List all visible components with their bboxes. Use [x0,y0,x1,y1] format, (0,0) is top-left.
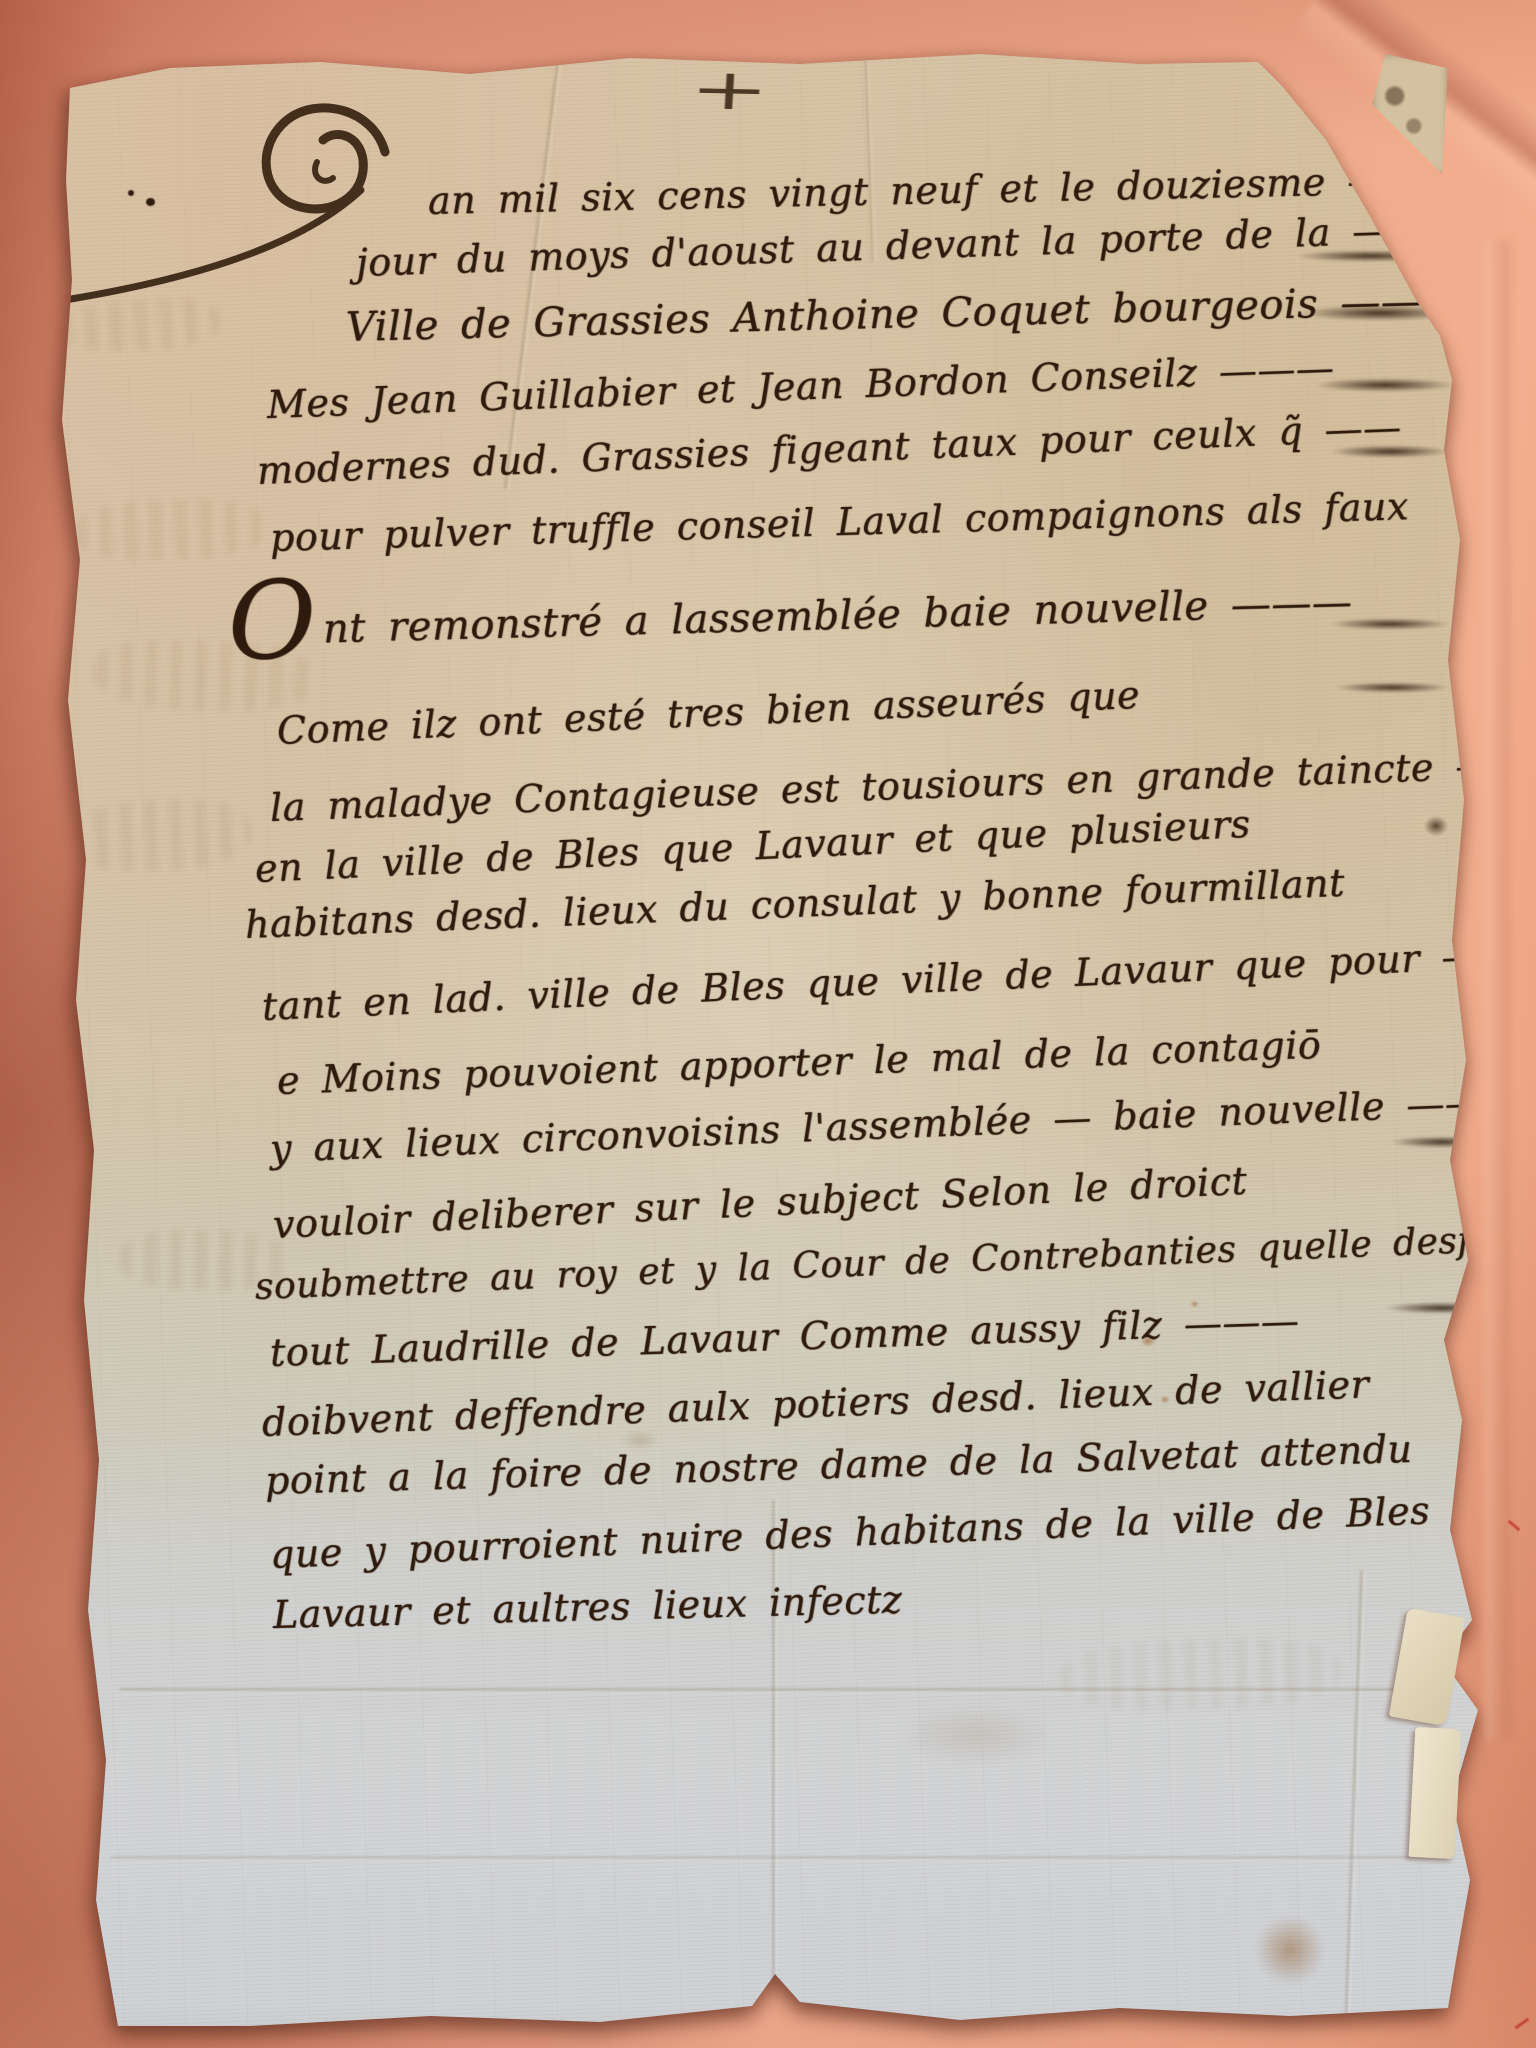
paper-sheet-wrap: + L an mil six cens vingt neuf et le dou… [0,0,1536,2048]
ink-showthrough [1059,1635,1341,1715]
line-text: nt remonstré a lassemblée baie nouvelle … [322,580,1352,653]
manuscript-paper: + L an mil six cens vingt neuf et le dou… [0,0,1536,2048]
crease-line [1344,1570,1363,2035]
line-text: que y pourroient nuire des habitans de l… [269,1485,1529,1577]
line-text: pour pulver truffle conseil Laval compai… [269,484,1409,560]
stain [900,1705,1050,1765]
ink-showthrough [68,795,251,874]
line-text: Come ilz ont esté tres bien asseurés que [276,673,1141,753]
stain [620,1430,660,1450]
ink-smear [1295,250,1445,262]
manuscript-line: point a la foire de nostre dame de la Sa… [264,1430,1412,1500]
line-text: tant en lad. ville de Bles que ville de … [261,931,1536,1029]
large-initial: O [226,558,318,685]
manuscript-photograph: + L an mil six cens vingt neuf et le dou… [0,0,1536,2048]
ink-smear [1390,1136,1495,1148]
manuscript-line: doibvent deffendre aulx potiers desd. li… [261,1365,1369,1442]
manuscript-line: tout Laudrille de Lavaur Comme aussy fil… [269,1302,1299,1372]
manuscript-line: tant en lad. ville de Bles que ville de … [261,934,1536,1026]
manuscript-line: Come ilz ont esté tres bien asseurés que [276,676,1140,750]
line-text: Lavaur et aultres lieux infectz [272,1578,902,1637]
manuscript-line: Lavaur et aultres lieux infectz [273,1581,903,1634]
ink-smear [1315,378,1455,392]
manuscript-line: Mes Jean Guillabier et Jean Bordon Conse… [266,349,1335,424]
ink-smear [1300,305,1460,321]
manuscript-line: la maladye Contagieuse est tousiours en … [269,745,1533,827]
ink-smear [1330,445,1450,458]
ink-smear [1330,618,1450,630]
manuscript-line: Ont remonstré a lassemblée baie nouvelle… [227,583,1352,652]
manuscript-line: e Moins pouvoient apporter le mal de la … [276,1026,1321,1100]
ink-dot [44,206,53,214]
manuscript-line: vouloir deliberer sur le subject Selon l… [272,1162,1248,1244]
manuscript-line: pour pulver truffle conseil Laval compai… [269,487,1409,557]
line-text: tout Laudrille de Lavaur Comme aussy fil… [269,1299,1300,1375]
torn-edge-flap [1409,1727,1462,1859]
ink-blot [1424,816,1448,836]
ink-smear [1335,682,1450,693]
line-text: Ville de Grassies Anthoine Coquet bourge… [345,278,1462,351]
crease-line [120,1688,1440,1691]
cross-mark: + [688,57,772,124]
manuscript-line: que y pourroient nuire des habitans de l… [269,1488,1529,1574]
ink-smear [1385,1302,1500,1314]
line-text: e Moins pouvoient apporter le mal de la … [276,1023,1322,1103]
ink-showthrough [74,497,266,564]
crease-line [110,1856,1450,1859]
stain [1255,1915,1325,1985]
manuscript-line: Ville de Grassies Anthoine Coquet bourge… [346,281,1463,348]
